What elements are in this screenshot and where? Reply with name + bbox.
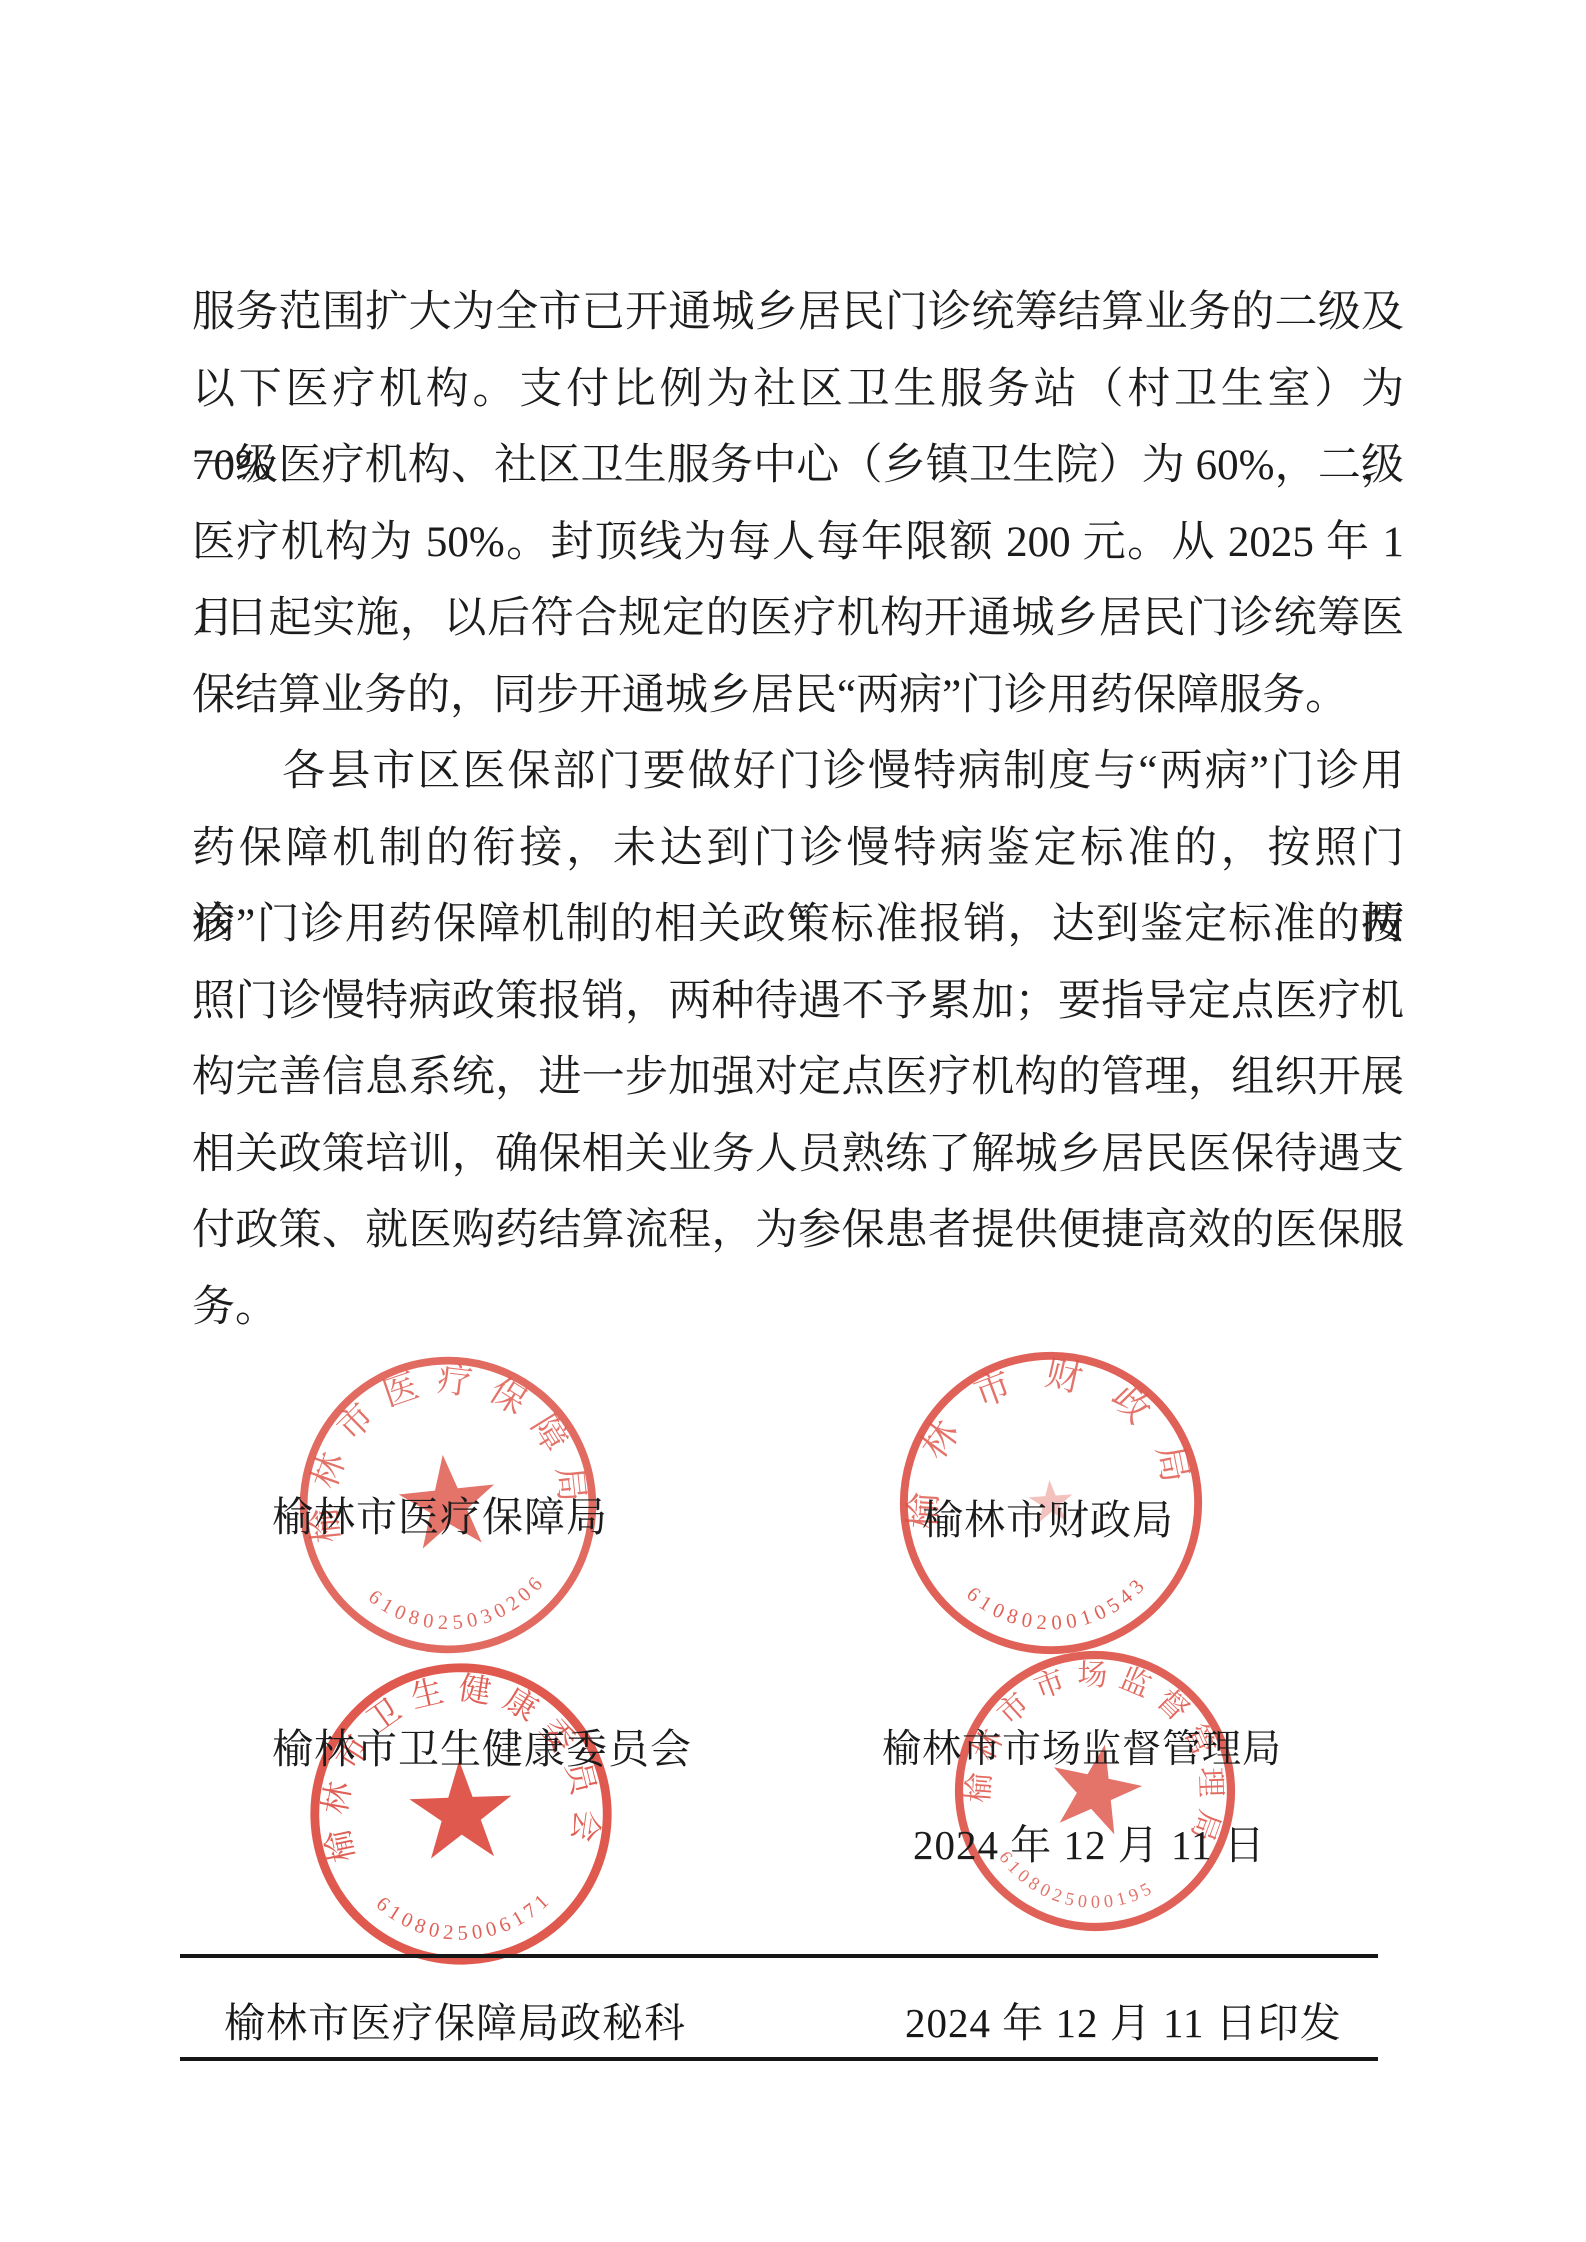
body-line: 相关政策培训，确保相关业务人员熟练了解城乡居民医保待遇支 [192, 1117, 1404, 1194]
body-line: 保结算业务的，同步开通城乡居民“两病”门诊用药保障服务。 [192, 658, 1404, 735]
body-line: 药保障机制的衔接，未达到门诊慢特病鉴定标准的，按照门诊“两 [192, 811, 1404, 888]
signature-market-regulation: 榆林市市场监督管理局 [882, 1718, 1282, 1774]
official-seal-health-commission-icon: 榆林市卫生健康委员会 6108025006171 [299, 1652, 624, 1977]
signature-date: 2024 年 12 月 11 日 [913, 1812, 1266, 1871]
footer-print-date: 2024 年 12 月 11 日印发 [905, 1990, 1342, 2049]
body-line: 病”门诊用药保障机制的相关政策标准报销，达到鉴定标准的按 [192, 887, 1404, 964]
body-line: 构完善信息系统，进一步加强对定点医疗机构的管理，组织开展 [192, 1040, 1404, 1117]
body-line: 付政策、就医购药结算流程，为参保患者提供便捷高效的医保服 [192, 1193, 1404, 1270]
footer-rule-bottom [180, 2057, 1378, 2061]
body-text: 服务范围扩大为全市已开通城乡居民门诊统筹结算业务的二级及 以下医疗机构。支付比例… [192, 275, 1404, 1346]
signature-health-commission: 榆林市卫生健康委员会 [272, 1716, 692, 1775]
body-line: 1 日起实施，以后符合规定的医疗机构开通城乡居民门诊统筹医 [192, 581, 1404, 658]
body-line: 各县市区医保部门要做好门诊慢特病制度与“两病”门诊用 [192, 734, 1404, 811]
signature-finance-bureau: 榆林市财政局 [922, 1487, 1174, 1546]
body-line: 一级医疗机构、社区卫生服务中心（乡镇卫生院）为 60%，二级 [192, 428, 1404, 505]
body-line: 服务范围扩大为全市已开通城乡居民门诊统筹结算业务的二级及 [192, 275, 1404, 352]
body-line: 务。 [192, 1270, 1404, 1347]
official-seal-market-regulation-icon: 榆林市市场监督管理局 6108025000195 [922, 1618, 1268, 1964]
signature-medical-bureau: 榆林市医疗保障局 [272, 1484, 608, 1543]
document-page: 服务范围扩大为全市已开通城乡居民门诊统筹结算业务的二级及 以下医疗机构。支付比例… [0, 0, 1586, 2242]
footer-issuing-office: 榆林市医疗保障局政秘科 [224, 1990, 686, 2049]
seal-number: 6108025030206 [363, 1568, 555, 1643]
body-line: 照门诊慢特病政策报销，两种待遇不予累加；要指导定点医疗机 [192, 964, 1404, 1041]
footer-rule-top [180, 1954, 1378, 1958]
body-line: 以下医疗机构。支付比例为社区卫生服务站（村卫生室）为 70%， [192, 352, 1404, 429]
body-line: 医疗机构为 50%。封顶线为每人每年限额 200 元。从 2025 年 1 月 [192, 505, 1404, 582]
